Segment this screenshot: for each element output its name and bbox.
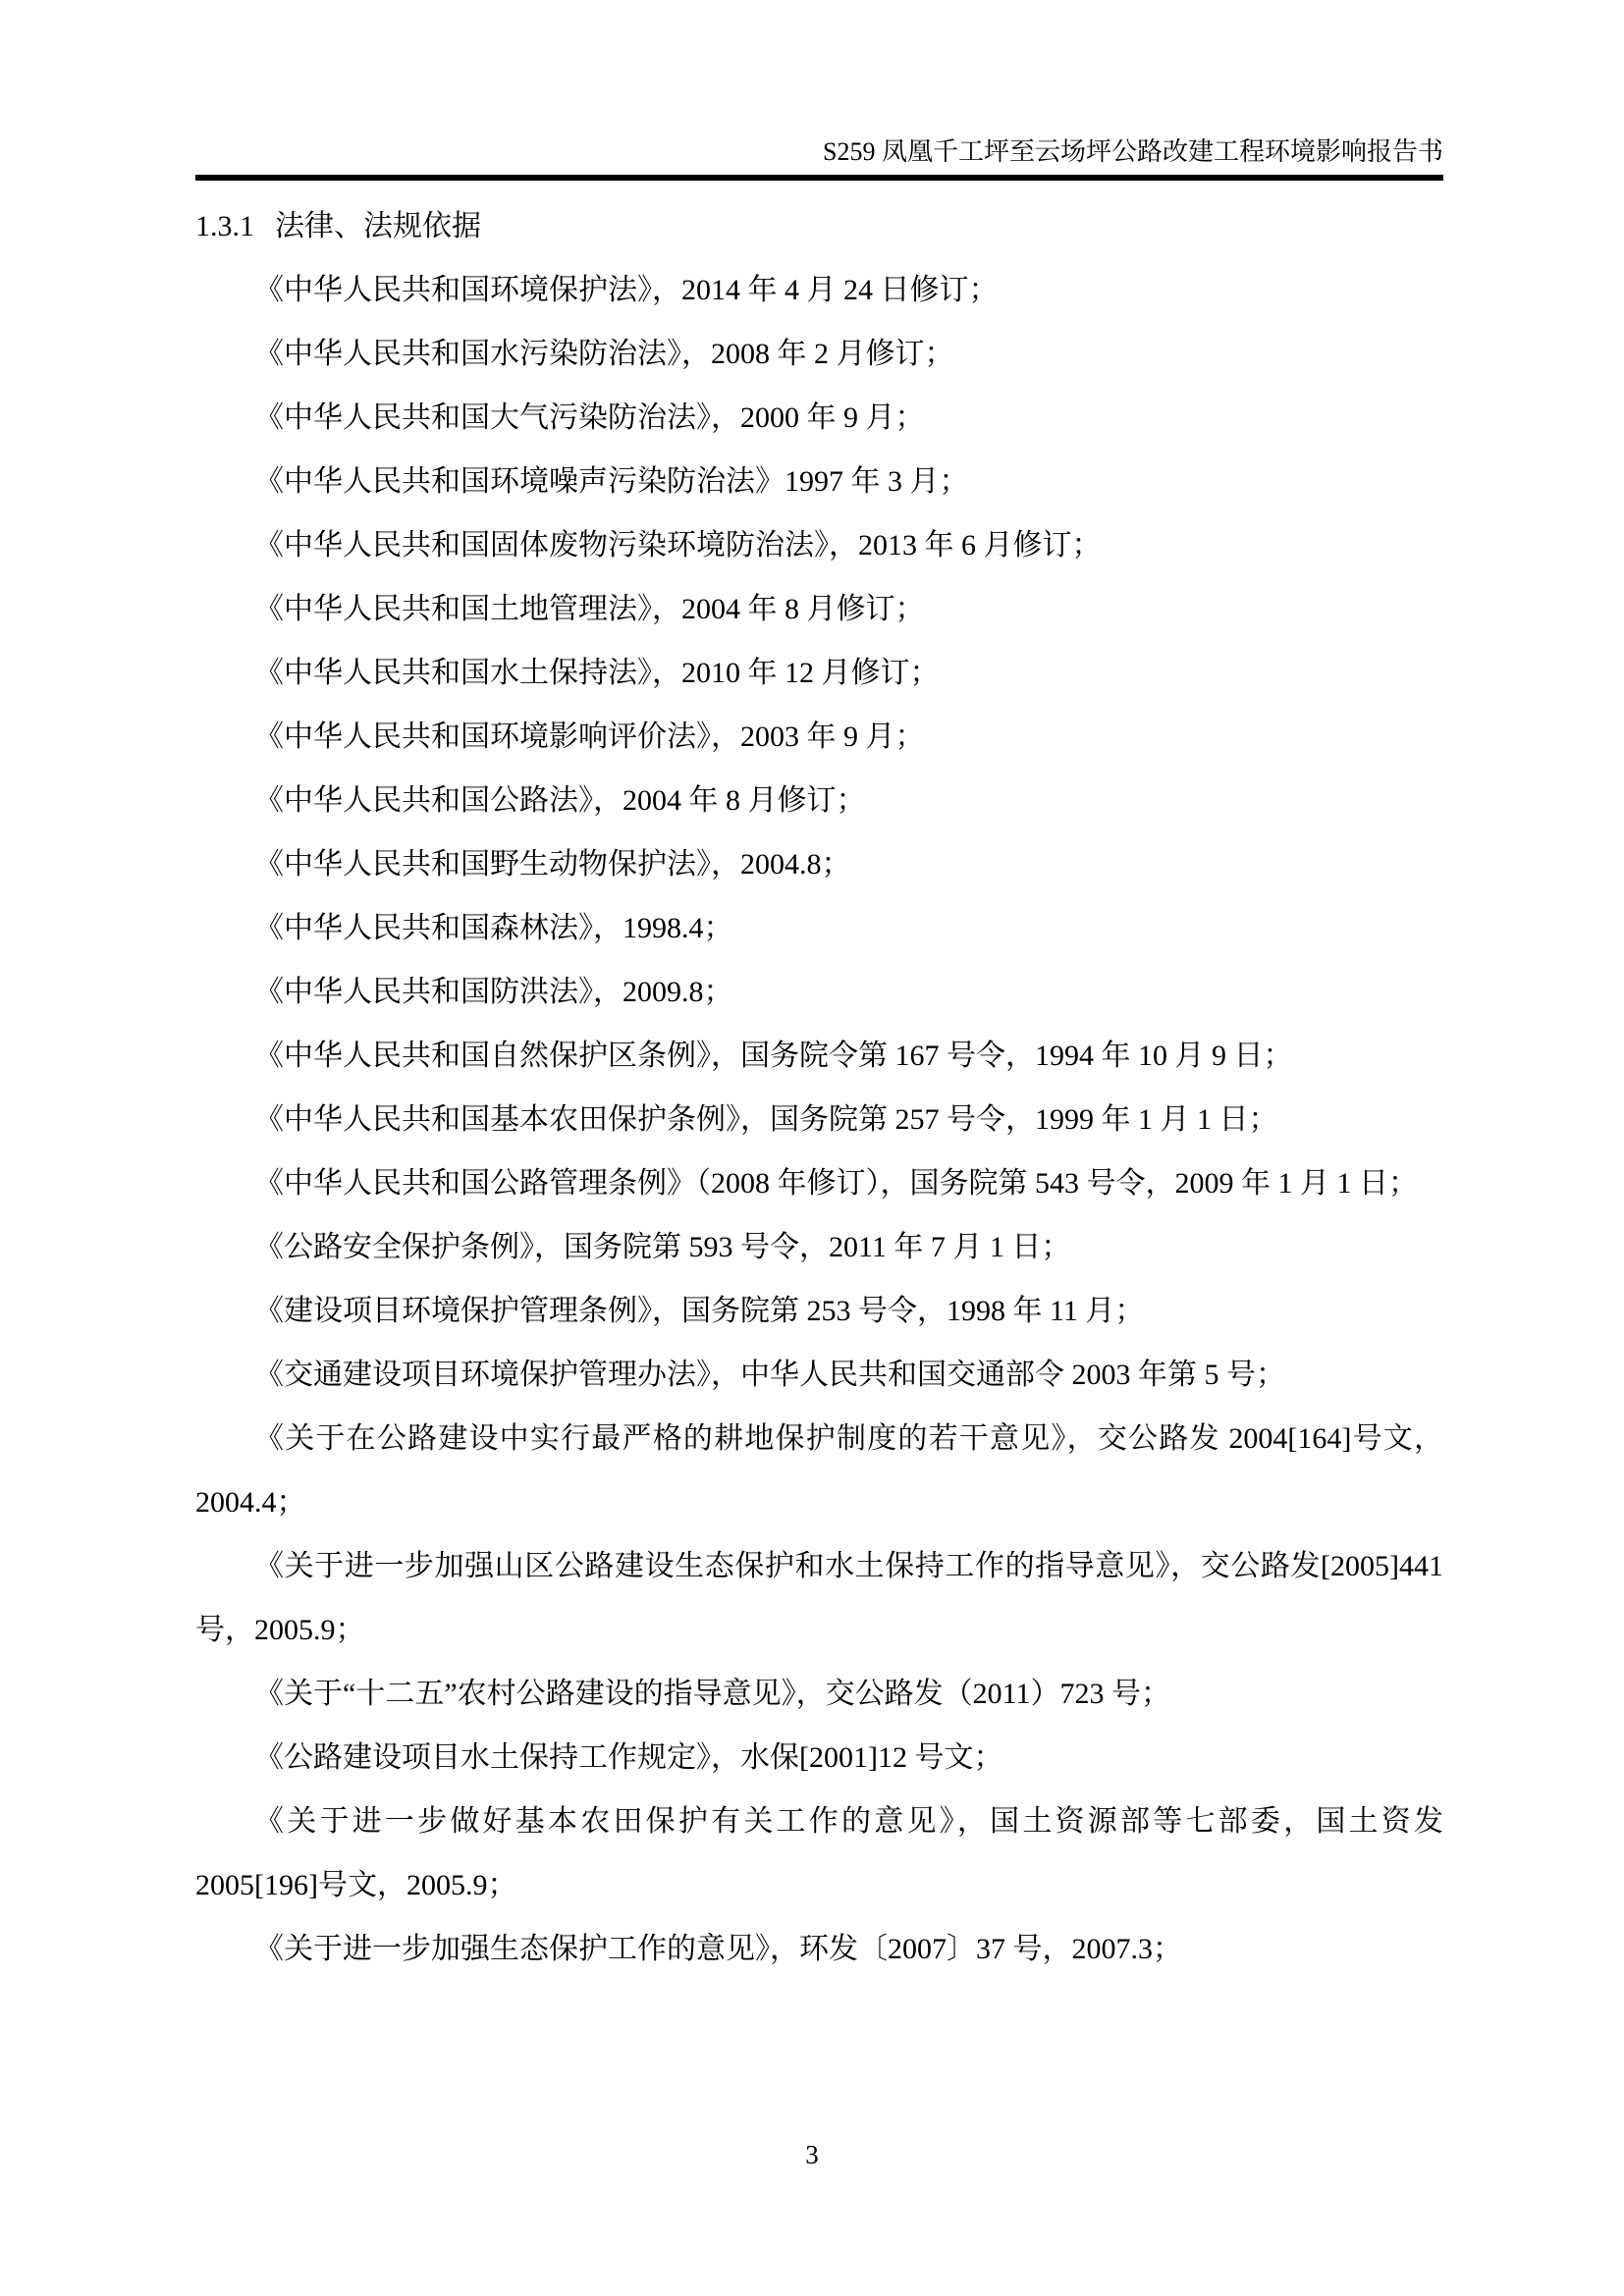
law-item: 《关于在公路建设中实行最严格的耕地保护制度的若干意见》，交公路发 2004[16… bbox=[195, 1407, 1443, 1534]
law-item: 《中华人民共和国自然保护区条例》，国务院令第 167 号令，1994 年 10 … bbox=[195, 1024, 1443, 1088]
law-item: 《中华人民共和国环境保护法》，2014 年 4 月 24 日修订； bbox=[195, 258, 1443, 322]
law-item: 《关于进一步加强生态保护工作的意见》，环发〔2007〕37 号，2007.3； bbox=[195, 1917, 1443, 1981]
law-item: 《中华人民共和国水土保持法》，2010 年 12 月修订； bbox=[195, 641, 1443, 705]
law-item: 《中华人民共和国固体废物污染环境防治法》，2013 年 6 月修订； bbox=[195, 513, 1443, 577]
section-title: 法律、法规依据 bbox=[275, 210, 481, 242]
law-item: 《关于进一步做好基本农田保护有关工作的意见》，国土资源部等七部委，国土资发 20… bbox=[195, 1789, 1443, 1917]
running-header-title: S259 凤凰千工坪至云场坪公路改建工程环境影响报告书 bbox=[195, 0, 1443, 181]
law-item: 《中华人民共和国森林法》，1998.4； bbox=[195, 896, 1443, 960]
law-item: 《中华人民共和国野生动物保护法》，2004.8； bbox=[195, 832, 1443, 896]
law-item: 《关于“十二五”农村公路建设的指导意见》，交公路发（2011）723 号； bbox=[195, 1662, 1443, 1726]
document-page: S259 凤凰千工坪至云场坪公路改建工程环境影响报告书 1.3.1法律、法规依据… bbox=[0, 0, 1624, 2296]
law-item: 《公路安全保护条例》，国务院第 593 号令，2011 年 7 月 1 日； bbox=[195, 1215, 1443, 1279]
law-item: 《中华人民共和国环境噪声污染防治法》1997 年 3 月； bbox=[195, 450, 1443, 513]
section-heading: 1.3.1法律、法规依据 bbox=[195, 194, 1443, 258]
page-number: 3 bbox=[805, 2140, 819, 2169]
law-list: 《中华人民共和国环境保护法》，2014 年 4 月 24 日修订；《中华人民共和… bbox=[195, 258, 1443, 1981]
section-number: 1.3.1 bbox=[195, 210, 254, 242]
page-footer: 3 bbox=[0, 2140, 1624, 2169]
law-item: 《关于进一步加强山区公路建设生态保护和水土保持工作的指导意见》，交公路发[200… bbox=[195, 1534, 1443, 1662]
document-body: 1.3.1法律、法规依据 《中华人民共和国环境保护法》，2014 年 4 月 2… bbox=[195, 194, 1443, 1981]
law-item: 《中华人民共和国大气污染防治法》，2000 年 9 月； bbox=[195, 386, 1443, 450]
law-item: 《中华人民共和国土地管理法》，2004 年 8 月修订； bbox=[195, 577, 1443, 641]
law-item: 《建设项目环境保护管理条例》，国务院第 253 号令，1998 年 11 月； bbox=[195, 1279, 1443, 1343]
law-item: 《中华人民共和国公路管理条例》（2008 年修订），国务院第 543 号令，20… bbox=[195, 1151, 1443, 1215]
law-item: 《中华人民共和国水污染防治法》，2008 年 2 月修订； bbox=[195, 322, 1443, 386]
page-header: S259 凤凰千工坪至云场坪公路改建工程环境影响报告书 bbox=[195, 0, 1443, 181]
law-item: 《公路建设项目水土保持工作规定》，水保[2001]12 号文； bbox=[195, 1726, 1443, 1789]
law-item: 《中华人民共和国防洪法》，2009.8； bbox=[195, 960, 1443, 1024]
law-item: 《中华人民共和国基本农田保护条例》，国务院第 257 号令，1999 年 1 月… bbox=[195, 1088, 1443, 1151]
law-item: 《中华人民共和国环境影响评价法》，2003 年 9 月； bbox=[195, 705, 1443, 769]
law-item: 《交通建设项目环境保护管理办法》，中华人民共和国交通部令 2003 年第 5 号… bbox=[195, 1343, 1443, 1407]
law-item: 《中华人民共和国公路法》，2004 年 8 月修订； bbox=[195, 769, 1443, 832]
